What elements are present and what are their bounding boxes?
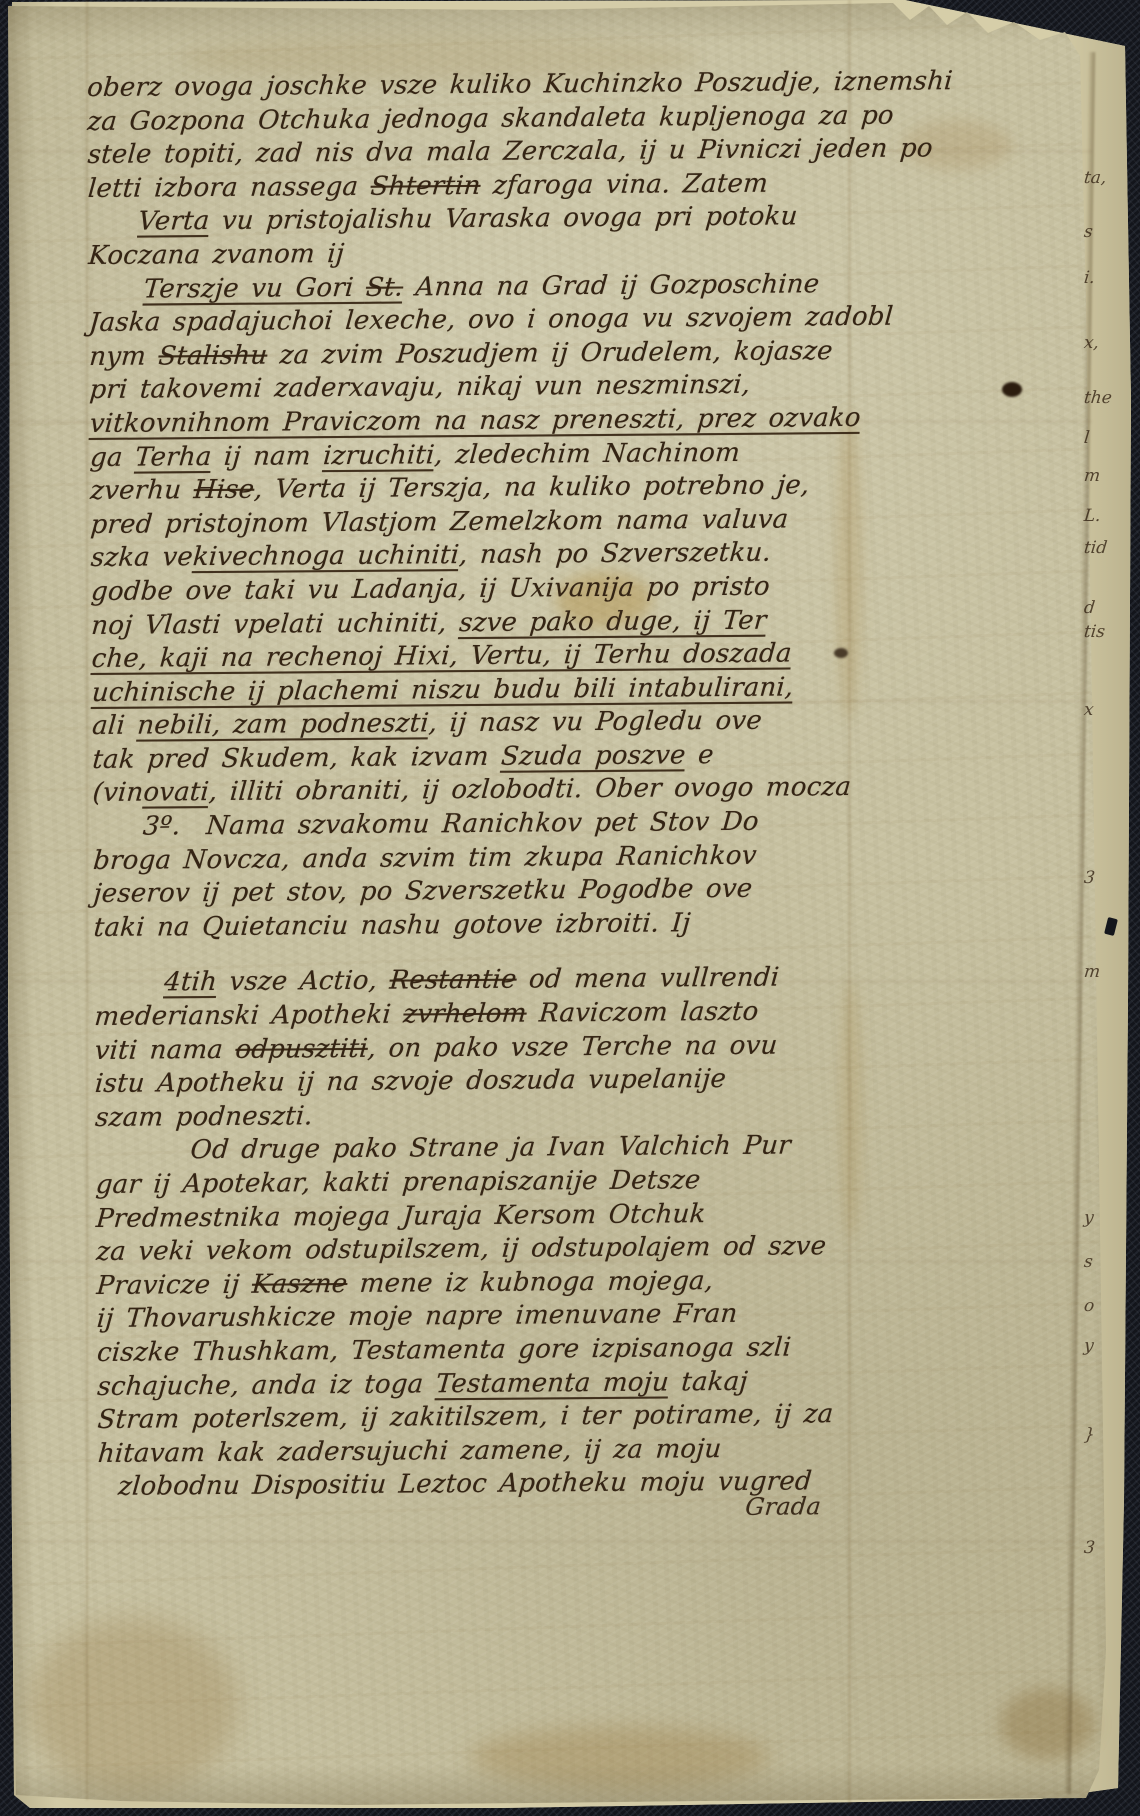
- text-segment: Od druge pako Strane ja Ivan Valchich Pu…: [189, 1131, 792, 1166]
- text-segment: szka ve: [90, 542, 194, 573]
- text-segment: mederianski Apotheki: [93, 1000, 404, 1032]
- text-segment: che, kaji na rechenoj Hixi, Vertu, ij Te…: [91, 639, 793, 675]
- text-segment: nym: [88, 341, 160, 372]
- text-segment: taki na Quietanciu nashu gotove izbroiti…: [93, 908, 692, 943]
- text-segment: schajuche, anda iz toga: [96, 1369, 437, 1402]
- text-segment: istu Apotheku ij na szvoje doszuda vupel…: [94, 1064, 727, 1099]
- text-segment: szve pako duge, ij Ter: [458, 605, 768, 637]
- text-segment: e: [684, 740, 714, 770]
- text-segment: Stalishu: [157, 340, 268, 371]
- text-segment: godbe ove taki vu Ladanja, ij Uxivanija …: [90, 572, 771, 607]
- text-segment: Szuda poszve: [500, 740, 687, 771]
- text-segment: tak pred Skudem, kak izvam: [91, 742, 502, 775]
- text-segment: vsze Actio,: [216, 966, 391, 997]
- text-segment: letti izbora nassega: [87, 172, 372, 204]
- text-segment: takaj: [668, 1366, 749, 1397]
- text-segment: ij Thovarushkicze moje napre imenuvane F…: [96, 1299, 739, 1334]
- text-segment: zfaroga vina. Zatem: [479, 168, 769, 200]
- text-segment: vu pristojalishu Varaska ovoga pri potok…: [208, 202, 798, 237]
- text-segment: zverhu: [89, 475, 195, 506]
- text-segment: Testamenta moju: [435, 1367, 671, 1399]
- text-segment: zlobodnu Dispositiu Leztoc Apotheku moju…: [117, 1467, 813, 1502]
- manuscript-line: zlobodnu Dispositiu Leztoc Apotheku moju…: [117, 1464, 1010, 1505]
- text-segment: pri takovemi zaderxavaju, nikaj vun nesz…: [88, 370, 751, 405]
- text-segment: pred pristojnom Vlastjom Zemelzkom nama …: [89, 504, 789, 539]
- text-segment: Koczana zvanom ij: [87, 239, 345, 271]
- text-segment: hitavam kak zadersujuchi zamene, ij za m…: [97, 1434, 723, 1469]
- text-segment: 3º. Nama szvakomu Ranichkov pet Stov Do: [142, 807, 760, 842]
- text-segment: , illiti obraniti, ij ozlobodti. Ober ov…: [208, 772, 852, 807]
- text-segment: , on pako vsze Terche na ovu: [367, 1030, 779, 1063]
- text-segment: Kaszne: [251, 1269, 349, 1300]
- text-segment: , nash po Szverszetku.: [458, 538, 772, 570]
- text-segment: nebili, zam podneszti: [136, 709, 430, 741]
- text-segment: vitkovnihnom Praviczom na nasz preneszti…: [89, 403, 862, 439]
- scanned-manuscript-photo: oberz ovoga joschke vsze kuliko Kuchinzk…: [0, 0, 1140, 1816]
- text-segment: Anna na Grad ij Gozposchine: [402, 269, 821, 302]
- text-segment: jeserov ij pet stov, po Szverszetku Pogo…: [92, 874, 753, 909]
- text-segment: ij nam: [210, 441, 324, 472]
- text-segment: ovati: [142, 778, 210, 809]
- text-segment: gar ij Apotekar, kakti prenapiszanije De…: [95, 1165, 702, 1200]
- text-segment: Raviczom laszto: [525, 997, 759, 1029]
- text-segment: Terszje vu Gori: [143, 272, 368, 304]
- text-segment: Pravicze ij: [95, 1270, 253, 1301]
- text-segment: , ij nasz vu Pogledu ove: [428, 706, 763, 739]
- text-segment: zvrhelom: [402, 999, 528, 1030]
- text-segment: mene iz kubnoga mojega,: [346, 1266, 714, 1299]
- manuscript-line: taki na Quietanciu nashu gotove izbroiti…: [92, 905, 1005, 946]
- text-segment: (vin: [92, 778, 145, 808]
- text-segment: za zvim Poszudjem ij Orudelem, kojasze: [266, 336, 834, 370]
- text-segment: Predmestnika mojega Juraja Kersom Otchuk: [95, 1199, 707, 1234]
- text-segment: oberz ovoga joschke vsze kuliko Kuchinzk…: [86, 66, 954, 103]
- text-segment: szam podneszti.: [94, 1101, 314, 1133]
- text-segment: viti nama: [94, 1034, 237, 1065]
- text-segment: St.: [365, 272, 405, 302]
- text-segment: Jaska spadajuchoi lexeche, ovo i onoga v…: [88, 302, 895, 338]
- text-segment: ga: [89, 442, 136, 472]
- text-segment: Hise: [193, 475, 256, 505]
- text-segment: uchinische ij plachemi niszu budu bili i…: [91, 672, 795, 708]
- text-segment: za Gozpona Otchuka jednoga skandaleta ku…: [86, 100, 895, 136]
- text-segment: Restantie: [388, 965, 517, 996]
- text-segment: , zledechim Nachinom: [433, 437, 741, 469]
- text-segment: Verta: [137, 206, 211, 237]
- manuscript-lines: oberz ovoga joschke vsze kuliko Kuchinzk…: [86, 65, 1007, 1505]
- text-segment: stele topiti, zad nis dva mala Zerczala,…: [87, 134, 934, 171]
- text-segment: odpusztiti: [234, 1033, 369, 1064]
- text-segment: za veki vekom odstupilszem, ij odstupola…: [95, 1231, 827, 1267]
- text-segment: Shtertin: [369, 171, 481, 202]
- text-segment: broga Novcza, anda szvim tim zkupa Ranic…: [92, 840, 758, 875]
- text-segment: od mena vullrendi: [515, 963, 780, 995]
- text-segment: Terha: [134, 442, 213, 473]
- text-segment: kivechnoga uchiniti: [192, 540, 461, 572]
- text-segment: Stram poterlszem, ij zakitilszem, i ter …: [96, 1399, 834, 1435]
- text-segment: noj Vlasti vpelati uchiniti,: [90, 608, 460, 641]
- text-segment: ciszke Thushkam, Testamenta gore izpisan…: [96, 1332, 792, 1367]
- text-segment: 4tih: [163, 967, 218, 997]
- text-segment: izruchiti: [322, 440, 436, 471]
- manuscript-text: oberz ovoga joschke vsze kuliko Kuchinzk…: [86, 65, 1007, 1505]
- text-segment: , Verta ij Terszja, na kuliko potrebno j…: [253, 470, 811, 504]
- catchword: Grada: [744, 1490, 823, 1524]
- text-segment: ali: [91, 711, 139, 741]
